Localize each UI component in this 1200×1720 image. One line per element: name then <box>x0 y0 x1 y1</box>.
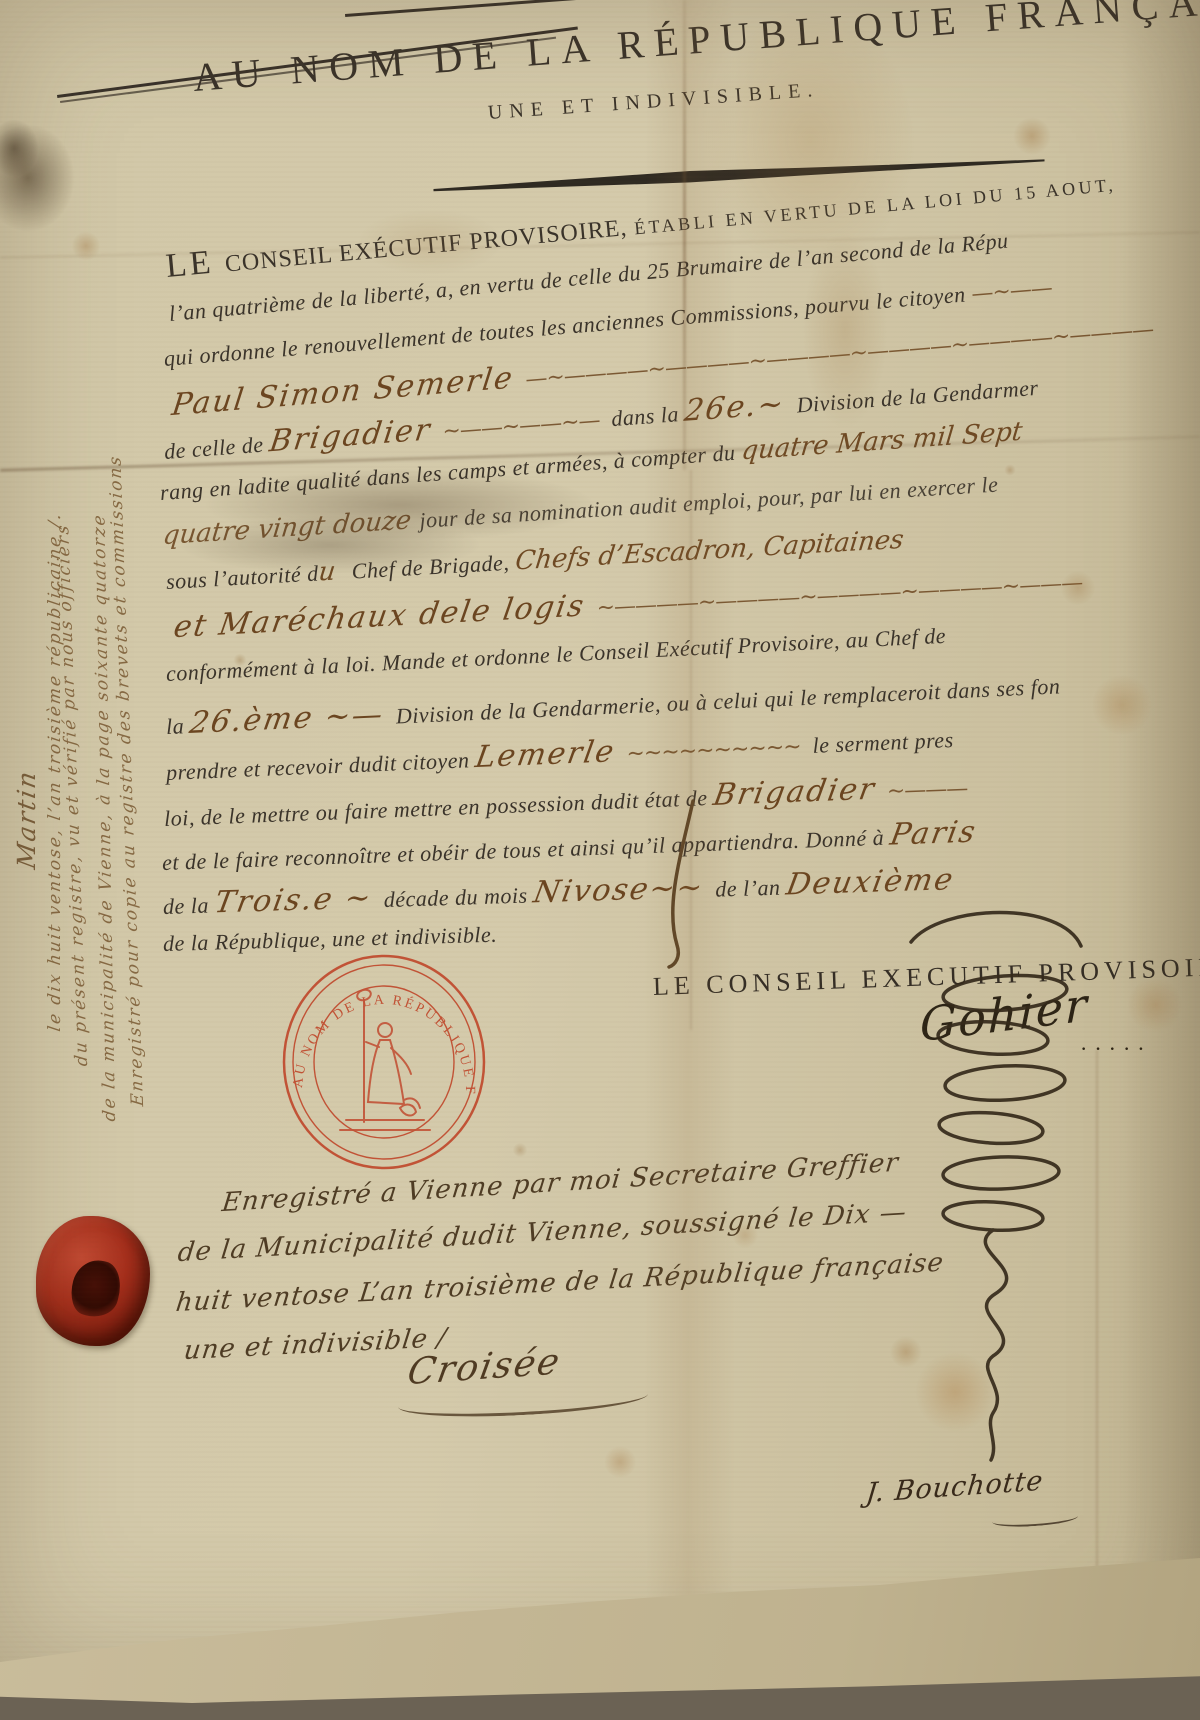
text-segment: Brigadier <box>267 411 445 459</box>
margin-signature-martin: Martin <box>12 767 41 871</box>
text-segment: sous l’autorité d <box>165 560 319 594</box>
text-segment: quatre Mars mil Sept <box>740 417 1024 467</box>
text-segment: de la <box>163 892 216 920</box>
red-wax-seal <box>36 1216 150 1346</box>
text-segment: décade du mois <box>383 882 534 913</box>
stamp-legend: AU NOM DE LA RÉPUBLIQUE FRANÇAISE <box>278 950 477 1096</box>
page-subtitle: UNE ET INDIVISIBLE. <box>487 79 820 125</box>
document-paper: AU NOM DE LA RÉPUBLIQUE FRANÇAISE, UNE E… <box>0 0 1200 1668</box>
text-segment: et Maréchaux dele logis <box>171 588 599 645</box>
text-segment: u <box>317 555 354 587</box>
text-segment: 26e.∼ <box>682 385 799 429</box>
screenshot-root: { "header": { "title": "AU NOM DE LA RÉP… <box>0 0 1200 1720</box>
text-segment: 26.ème ∼— <box>187 696 399 741</box>
text-segment: Lemerle <box>472 734 629 776</box>
text-segment: ∼————∼————∼————∼————∼——— <box>596 570 1083 620</box>
text-segment: LE <box>164 243 226 286</box>
text-segment: Trois.e ∼ <box>212 880 387 921</box>
text-segment: quatre vingt douze <box>161 505 421 551</box>
text-segment: Chefs d’Escadron, Capitaines <box>513 525 905 577</box>
text-segment: prendre et recevoir dudit citoyen <box>166 747 476 786</box>
page-title: AU NOM DE LA RÉPUBLIQUE FRANÇAISE, <box>191 0 1200 101</box>
text-segment: ∼——— <box>886 776 967 804</box>
text-segment: de celle de <box>163 431 270 465</box>
text-segment: Deuxième <box>783 862 957 902</box>
signature-paraph-coil <box>893 898 1103 1478</box>
margin-annotation-4: le dix huit ventose, l’an troisième répu… <box>45 511 65 1033</box>
pen-slash-stroke <box>655 795 705 975</box>
text-segment: Chef de Brigade, <box>351 549 516 584</box>
text-segment: Division de la Gendarmerie, ou à celui q… <box>395 673 1061 729</box>
text-segment: de l’an <box>715 874 787 902</box>
text-segment: Paris <box>887 814 979 852</box>
wax-seal-impression <box>66 1255 127 1323</box>
signature-bouchotte-flourish <box>992 1509 1079 1529</box>
text-segment: loi, de le mettre ou faire mettre en pos… <box>164 785 714 832</box>
signature-bouchotte: J. Bouchotte <box>864 1465 1045 1509</box>
text-segment: ∼∼∼∼∼∼∼∼∼∼ <box>626 734 813 767</box>
text-segment: ÉTABLI EN VERTU DE LA LOI DU 15 AOUT, <box>633 175 1117 240</box>
text-segment: Division de la Gendarmer <box>796 375 1040 419</box>
republic-stamp: AU NOM DE LA RÉPUBLIQUE FRANÇAISE <box>278 950 490 1174</box>
text-segment: —∼—— <box>971 276 1053 307</box>
text-segment: ∼——∼——∼— <box>442 407 613 444</box>
text-segment: Brigadier <box>710 771 889 813</box>
text-segment: dans la <box>610 401 685 432</box>
text-segment: le serment pres <box>812 727 954 759</box>
registration-line-4: une et indivisible / <box>182 1323 449 1366</box>
